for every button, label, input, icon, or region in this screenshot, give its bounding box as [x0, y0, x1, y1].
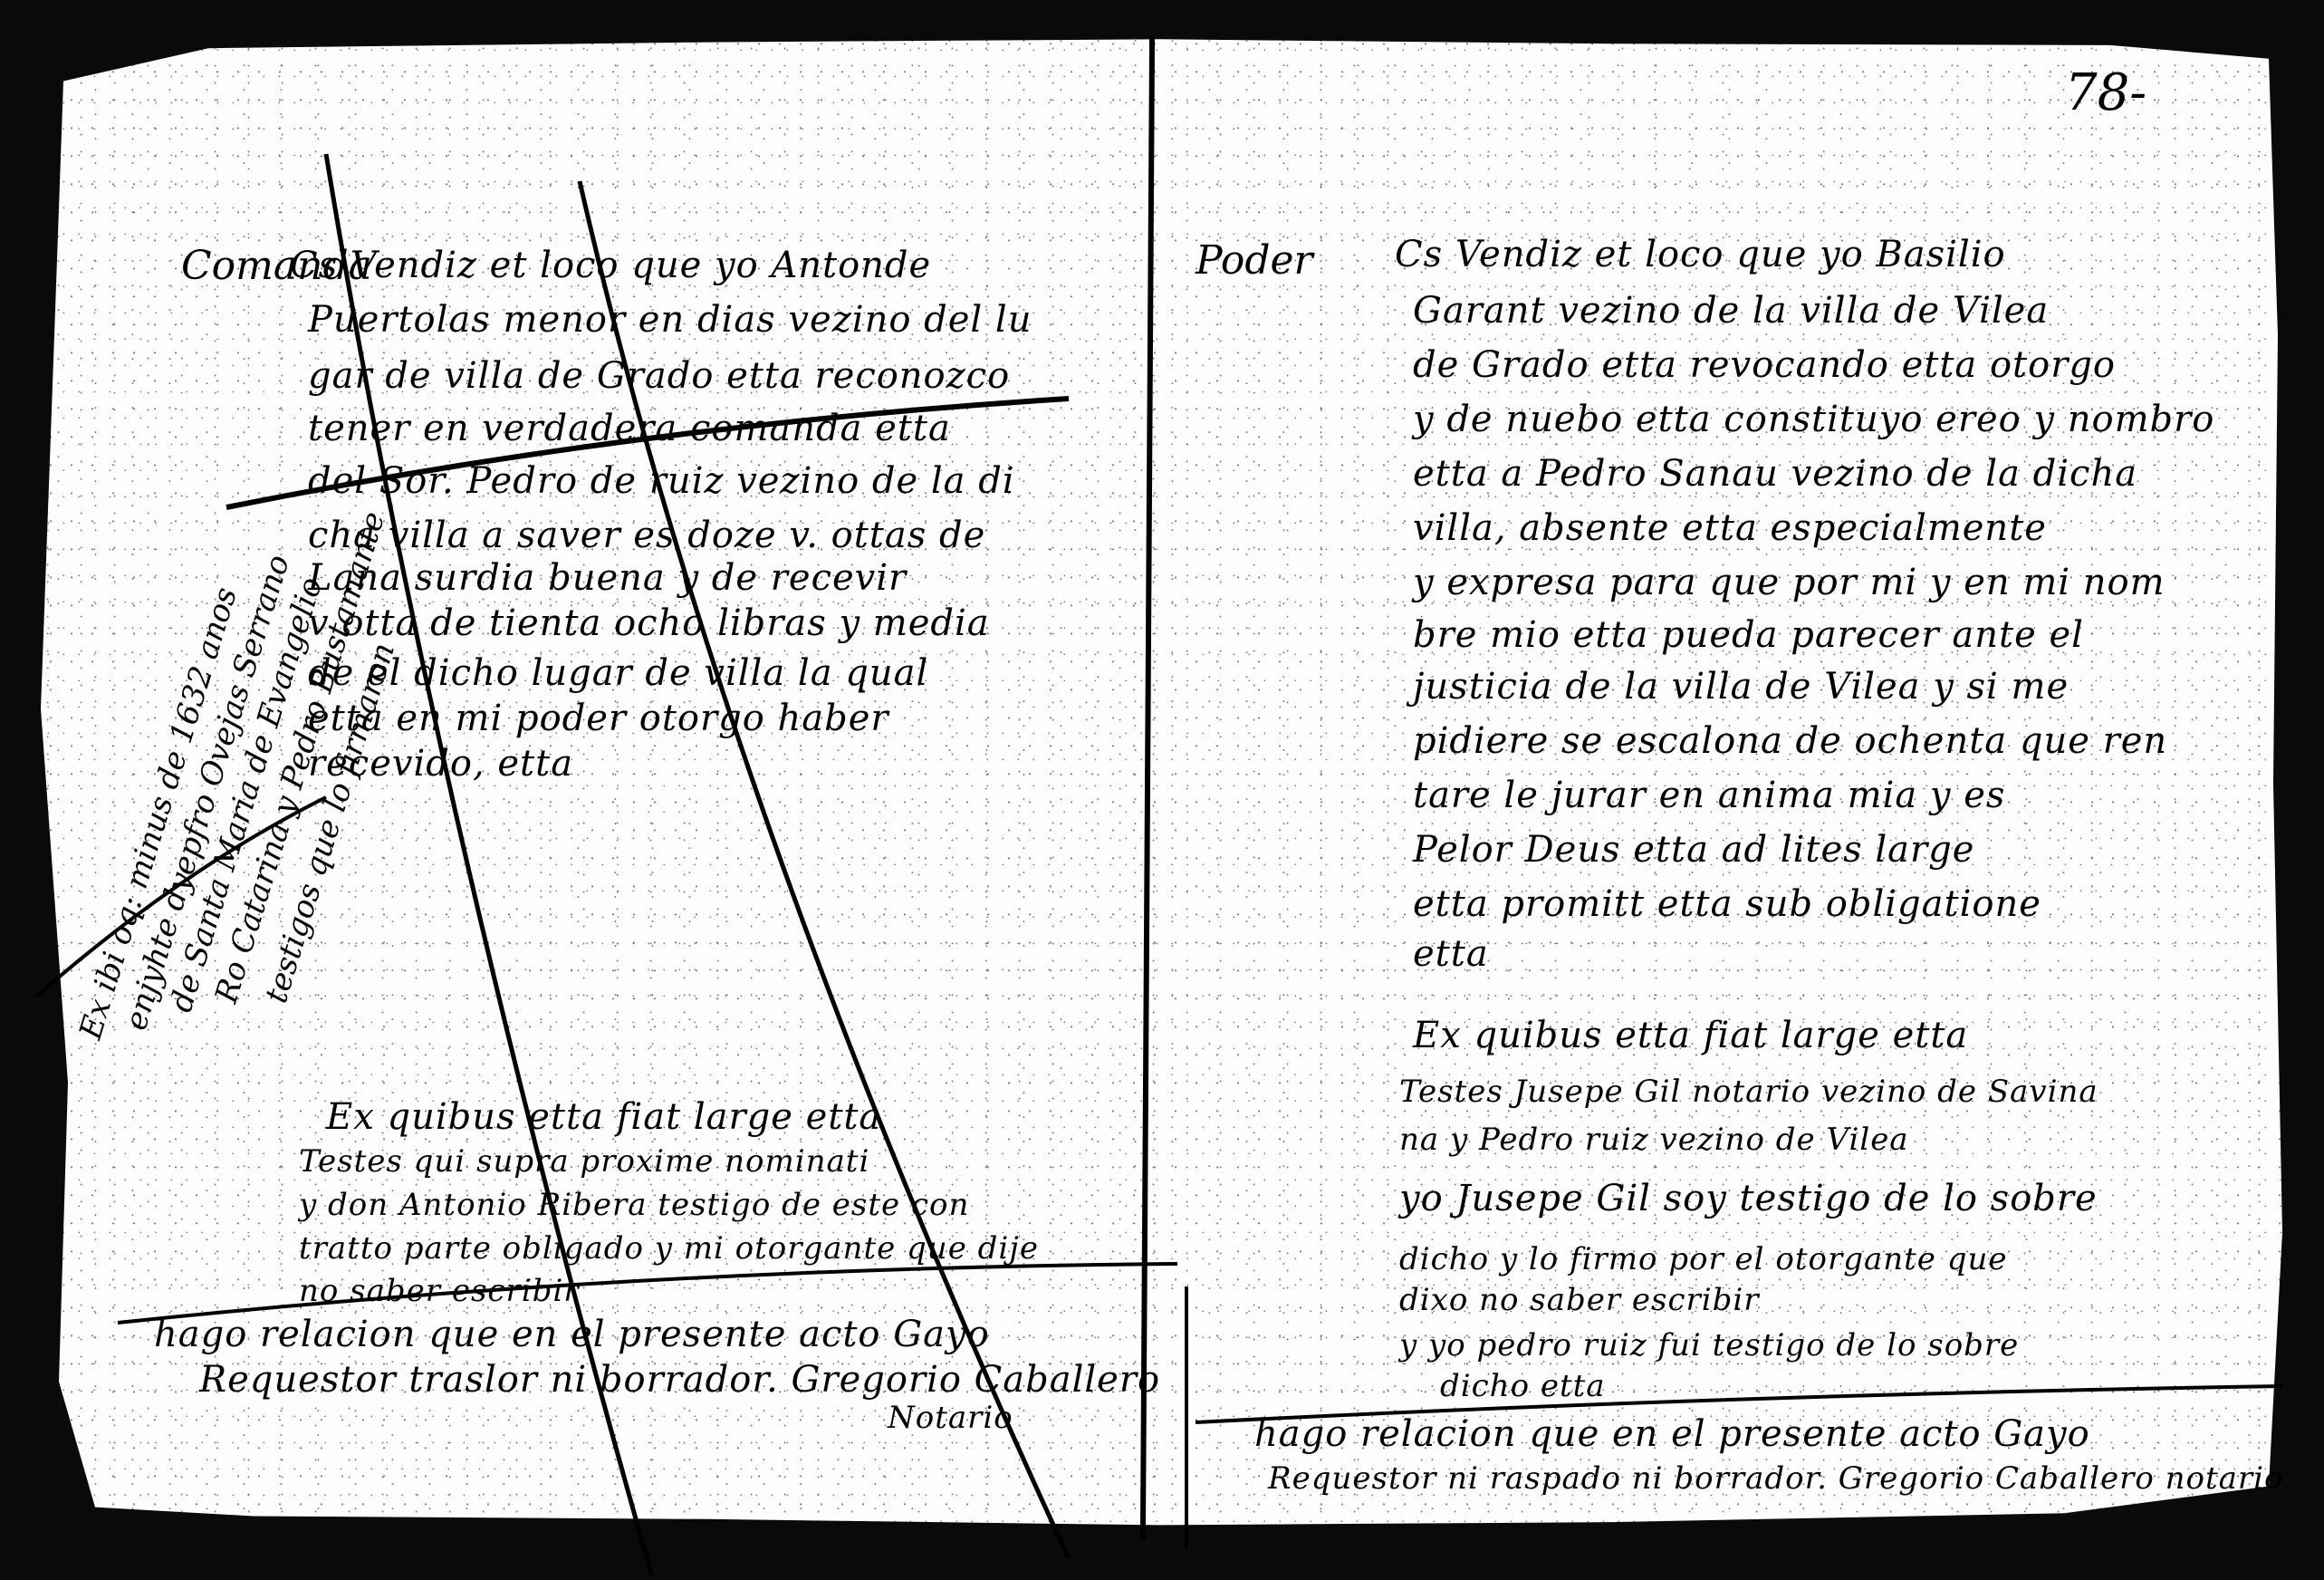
- text-line: etta: [1413, 933, 1489, 975]
- text-line: justicia de la villa de Vilea y si me: [1413, 666, 2069, 708]
- text-line: Lana surdia buena y de recevir: [308, 557, 907, 599]
- text-line: tare le jurar en anima mia y es: [1413, 775, 2005, 816]
- text-line: Cs Vendiz et loco que yo Antonde: [290, 245, 931, 286]
- text-line: villa, absente etta especialmente: [1413, 507, 2047, 549]
- text-line: Notario: [888, 1400, 1013, 1436]
- text-line: Cs Vendiz et loco que yo Basilio: [1395, 234, 2006, 275]
- text-line: hago relacion que en el presente acto Ga…: [1254, 1413, 2090, 1455]
- text-line: recevido, etta: [308, 743, 573, 785]
- right-margin-label: Poder: [1196, 237, 1313, 284]
- text-line: no saber escribir: [299, 1273, 579, 1309]
- text-line: Ex quibus etta fiat large etta: [326, 1096, 881, 1138]
- text-line: y yo pedro ruiz fui testigo de lo sobre: [1399, 1327, 2019, 1363]
- text-line: Ex quibus etta fiat large etta: [1413, 1015, 1968, 1056]
- text-line: etta promitt etta sub obligatione: [1413, 883, 2041, 925]
- text-line: tener en verdadera comanda etta: [308, 408, 951, 449]
- text-line: hago relacion que en el presente acto Ga…: [154, 1314, 990, 1355]
- text-line: pidiere se escalona de ochenta que ren: [1413, 720, 2167, 762]
- text-line: v otta de tienta ocho libras y media: [308, 602, 990, 644]
- text-line: na y Pedro ruiz vezino de Vilea: [1399, 1122, 1909, 1158]
- text-line: etta en mi poder otorgo haber: [308, 698, 889, 739]
- text-line: tratto parte obligado y mi otorgante que…: [299, 1230, 1039, 1267]
- manuscript-scan: 78- Ex ibi oq: minus de 1632 anos enjyht…: [0, 0, 2324, 1580]
- text-line: yo Jusepe Gil soy testigo de lo sobre: [1399, 1178, 2098, 1219]
- text-line: etta a Pedro Sanau vezino de la dicha: [1413, 453, 2137, 495]
- text-line: Testes Jusepe Gil notario vezino de Savi…: [1399, 1074, 2098, 1110]
- text-line: del Sor. Pedro de ruiz vezino de la di: [308, 460, 1015, 502]
- text-line: Testes qui supra proxime nominati: [299, 1143, 869, 1180]
- text-line: Pelor Deus etta ad lites large: [1413, 829, 1974, 871]
- text-line: gar de villa de Grado etta reconozco: [308, 355, 1010, 397]
- text-line: y don Antonio Ribera testigo de este con: [299, 1187, 969, 1223]
- text-line: Requestor traslor ni borrador. Gregorio …: [199, 1359, 1160, 1401]
- text-line: bre mio etta pueda parecer ante el: [1413, 614, 2084, 656]
- text-line: y de nuebo etta constituyo ereo y nombro: [1413, 399, 2214, 440]
- text-line: de Grado etta revocando etta otorgo: [1413, 344, 2116, 386]
- text-line: cha villa a saver es doze v. ottas de: [308, 515, 985, 556]
- text-line: dicho y lo firmo por el otorgante que: [1399, 1241, 2008, 1277]
- text-line: y expresa para que por mi y en mi nom: [1413, 562, 2166, 603]
- text-line: de el dicho lugar de villa la qual: [308, 652, 928, 694]
- text-line: dixo no saber escribir: [1399, 1282, 1760, 1318]
- text-line: Puertolas menor en dias vezino del lu: [308, 299, 1032, 341]
- text-line: Requestor ni raspado ni borrador. Gregor…: [1268, 1460, 2284, 1497]
- text-line: dicho etta: [1440, 1368, 1606, 1404]
- text-line: Garant vezino de la villa de Vilea: [1413, 290, 2049, 332]
